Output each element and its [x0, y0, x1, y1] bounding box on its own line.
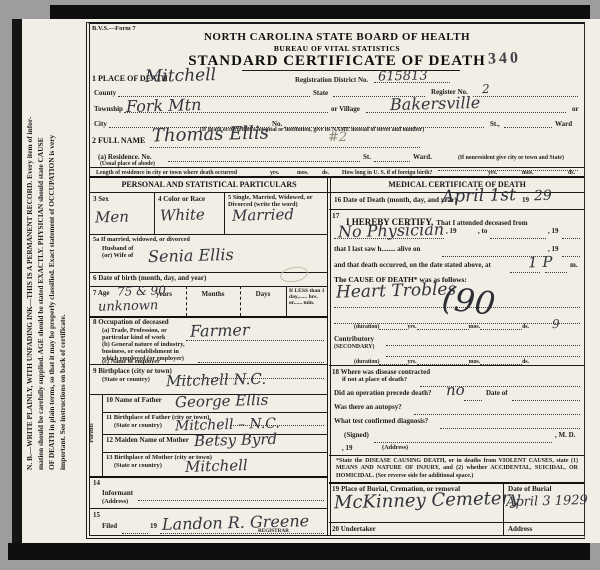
dod-year-printed: 19 — [522, 196, 529, 204]
state-label: State — [313, 89, 328, 97]
certify-rest-text: That I attended deceased from — [436, 219, 527, 227]
dotted-line — [374, 75, 450, 83]
dotted-line — [464, 393, 482, 401]
parents-label: Parents — [89, 423, 95, 443]
ward-label: Ward — [555, 120, 572, 128]
undertaker-address-label: Address — [508, 525, 532, 533]
duration-label: (duration) — [354, 324, 379, 330]
dotted-line — [374, 154, 410, 162]
rule — [329, 522, 584, 523]
dotted-line — [512, 393, 580, 401]
dotted-line — [374, 435, 552, 443]
personal-section-title: PERSONAL AND STATISTICAL PARTICULARS — [90, 180, 328, 189]
dotted-line — [417, 322, 469, 330]
autopsy-label: Was there an autopsy? — [334, 403, 402, 411]
filed-year-printed: 19 — [150, 522, 157, 530]
signed-label: (Signed) — [344, 431, 369, 439]
married-widowed-label: 5a If married, widowed, or divorced — [93, 236, 293, 243]
rule — [90, 167, 584, 168]
stamped-certificate-number: 340 — [488, 49, 522, 68]
dotted-line — [138, 493, 324, 501]
dotted-line — [186, 333, 324, 341]
disease-contracted-label-2: if not at place of death? — [342, 376, 407, 383]
rule — [329, 365, 584, 366]
filed-number: 15 — [93, 511, 100, 519]
city-label: City — [94, 120, 107, 128]
mother-maiden-name-value: Betsy Byrd — [194, 430, 278, 450]
color-race-value: White — [160, 205, 205, 224]
marital-value: Married — [232, 205, 294, 225]
color-race-label: 4 Color or Race — [158, 195, 205, 203]
dotted-line — [122, 526, 148, 534]
st-label: St., — [490, 120, 500, 128]
year-19-label: , 19 — [548, 227, 559, 235]
dotted-line — [386, 349, 580, 357]
residence-ward-label: Ward. — [413, 153, 432, 161]
dotted-line — [160, 526, 324, 534]
mos-label: mos. — [469, 324, 480, 330]
margin-line-4: important. See instructions on back of c… — [57, 40, 68, 470]
years-label: years — [156, 290, 172, 298]
occupation-label: 8 Occupation of deceased — [93, 318, 169, 326]
scan-edge-bottom — [8, 543, 590, 560]
margin-line-2: mation should be carefully supplied. AGE… — [35, 40, 46, 470]
state-country-label: (State or country) — [114, 422, 162, 429]
informant-address-note: (Address) — [102, 498, 128, 505]
margin-note: N. B.—WRITE PLAINLY, WITH UNFADING INK—T… — [24, 40, 68, 470]
township-label: Township — [94, 105, 123, 113]
date-of-death-value: April 1st — [442, 185, 516, 207]
cell-divider — [286, 286, 287, 316]
dod-year-value: 29 — [534, 188, 552, 204]
margin-line-1: N. B.—WRITE PLAINLY, WITH UNFADING INK—T… — [24, 40, 35, 470]
date-of-death-label: 16 Date of Death (month, day, and year) — [334, 196, 457, 204]
operation-label: Did an operation precede death? — [334, 389, 431, 397]
mother-birthplace-value: Mitchell — [185, 456, 248, 476]
cell-divider — [154, 192, 155, 234]
rule — [329, 482, 584, 484]
age-label: 7 Age — [93, 289, 110, 297]
dotted-line — [379, 357, 407, 365]
or-label: or — [572, 105, 579, 113]
dotted-line — [440, 421, 580, 429]
county-label: County — [94, 89, 116, 97]
sex-value: Men — [95, 208, 129, 227]
m-label: m. — [570, 261, 578, 269]
undertaker-label: 20 Undertaker — [332, 525, 376, 533]
cell-divider — [224, 192, 225, 234]
dotted-line — [379, 322, 407, 330]
scanned-death-certificate: N. B.—WRITE PLAINLY, WITH UNFADING INK—T… — [0, 0, 600, 570]
pencil-mark — [279, 265, 309, 285]
dotted-line — [150, 140, 420, 148]
last-saw-label: that I last saw h........ alive on — [334, 245, 420, 253]
dotted-line — [504, 120, 552, 128]
residence-st-label: St. — [363, 153, 371, 161]
rule — [102, 412, 328, 413]
county-handwritten: Mitchell — [145, 65, 217, 87]
dotted-line — [562, 231, 580, 239]
dotted-line — [124, 105, 328, 113]
rule — [90, 234, 328, 235]
state-country-label: (State or country) — [114, 462, 162, 469]
parents-strip-divider — [102, 394, 103, 476]
burial-date-label: Date of Burial — [508, 485, 552, 493]
dotted-line — [198, 355, 324, 363]
signed-year-label: , 19 — [342, 444, 353, 452]
days-label: Days — [240, 290, 286, 298]
birthplace-label: 9 Birthplace (city or town) — [93, 367, 172, 375]
age-note-handwritten: unknown — [98, 298, 159, 315]
if-less-label: If LESS than 1 day,...... hrs. or...... … — [289, 288, 327, 306]
village-label: or Village — [331, 105, 360, 113]
test-diagnosis-label: What test confirmed diagnosis? — [334, 417, 428, 425]
dotted-line — [473, 89, 578, 97]
registration-district-label: Registration District No. — [295, 76, 368, 84]
rule — [90, 364, 328, 365]
operation-value: no — [446, 381, 465, 399]
informant-label: Informant — [102, 489, 133, 497]
dotted-line — [334, 231, 444, 239]
dotted-line — [562, 249, 580, 257]
rule — [329, 209, 584, 210]
certificate-form: B.V.S.—Form 7 NORTH CAROLINA STATE BOARD… — [86, 22, 585, 539]
death-occurred-label: and that death occurred, on the date sta… — [334, 261, 491, 269]
father-name-value: George Ellis — [175, 391, 269, 411]
dotted-line — [480, 357, 522, 365]
full-name-label: 2 FULL NAME — [92, 136, 145, 145]
certificate-paper: N. B.—WRITE PLAINLY, WITH UNFADING INK—T… — [12, 19, 600, 543]
violent-causes-footnote: *State the DISEASE CAUSING DEATH, or in … — [336, 458, 578, 480]
contributory-label: Contributory — [334, 335, 374, 343]
ds-label: ds. — [522, 324, 529, 330]
signed-address-note: (Address) — [382, 444, 408, 451]
dotted-line — [420, 379, 580, 387]
mother-maiden-name-label: 12 Maiden Name of Mother — [106, 436, 189, 444]
informant-number: 14 — [93, 479, 100, 487]
dotted-line — [168, 154, 360, 162]
residence-label: (a) Residence. No. — [98, 153, 152, 161]
burial-date-value: April 3 1929 — [506, 493, 588, 510]
disease-contracted-label: 18 Where was disease contracted — [332, 368, 430, 376]
certify-number: 17 — [332, 211, 340, 220]
sex-label: 3 Sex — [93, 195, 109, 203]
yrs-label: yrs. — [407, 324, 416, 330]
rule — [102, 452, 328, 453]
duration-line: (duration) yrs. mos. ds. — [354, 322, 529, 330]
burial-place-value: McKinney Cemetery — [334, 488, 521, 514]
duration-line-2: (duration) yrs. mos. ds. — [354, 357, 529, 365]
spouse-value: Senia Ellis — [148, 245, 234, 266]
dotted-line — [480, 322, 522, 330]
dotted-line — [490, 231, 546, 239]
section-divider — [90, 176, 584, 178]
dotted-line — [417, 357, 469, 365]
months-label: Months — [186, 290, 240, 298]
state-country-label: (State or country) — [102, 376, 150, 383]
dotted-line — [545, 265, 567, 273]
father-name-label: 10 Name of Father — [106, 396, 162, 404]
date-of-birth-label: 6 Date of birth (month, day, and year) — [93, 274, 206, 282]
date-of-label: Date of — [486, 389, 508, 397]
wife-of-label: (or) Wife of — [102, 252, 133, 259]
birthplace-value: Mitchell N.C. — [166, 370, 267, 391]
margin-line-3: OF DEATH in plain terms, so that it may … — [46, 40, 57, 470]
year-19-label: , 19 — [446, 227, 457, 235]
duration-pencil-mark: 9 — [552, 317, 560, 331]
scan-edge-top — [50, 5, 590, 19]
nonresident-note: (If nonresident give city or town and St… — [458, 155, 564, 161]
to-label: , to — [478, 227, 487, 235]
rule — [90, 476, 328, 478]
dotted-line — [230, 418, 324, 426]
secondary-label: (SECONDARY) — [334, 344, 374, 350]
dotted-line — [366, 105, 566, 113]
board-title: NORTH CAROLINA STATE BOARD OF HEALTH — [90, 31, 584, 43]
rule — [329, 455, 584, 456]
md-label: , M. D. — [555, 431, 575, 439]
dotted-line — [414, 407, 580, 415]
registrar-label: REGISTRAR — [258, 528, 289, 534]
filed-label: Filed — [102, 522, 117, 530]
dotted-line — [386, 338, 580, 346]
husband-of-label: Husband of — [102, 245, 133, 252]
occupation-a-label: (a) Trade, Profession, or particular kin… — [102, 327, 184, 341]
rule — [90, 508, 328, 509]
